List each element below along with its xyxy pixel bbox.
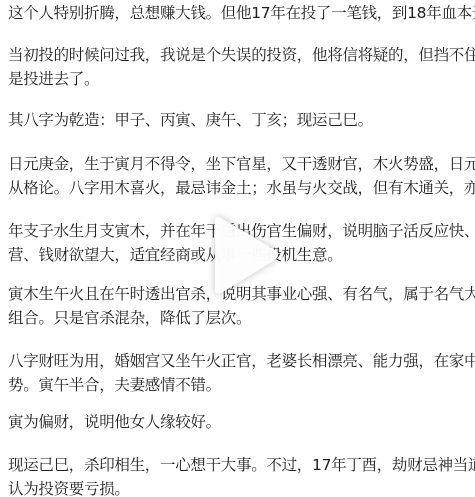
video-play-button[interactable] xyxy=(205,213,285,298)
text-line: 这个人特别折腾，总想赚大钱。但他17年在投了一笔钱，到18年血本无归。 xyxy=(8,1,468,25)
text-line: 八字财旺为用，婚姻宫又坐午火正官，老婆长相漂亮、能力强，在家中比较强 xyxy=(8,349,468,373)
text-line: 日元庚金，生于寅月不得令，坐下官星，又干透财官，木火势盛，日元无根，按 xyxy=(8,152,468,176)
text-line: 现运己巳，杀印相生，一心想干大事。不过，17年丁酉，劫财忌神当道，所以我 xyxy=(8,453,468,477)
text-line: 组合。只是官杀混杂，降低了层次。 xyxy=(8,306,468,330)
text-line: 当初投的时候问过我，我说是个失误的投资，他将信将疑的，但挡不住诱惑，还 xyxy=(8,43,468,67)
text-line: 势。寅午半合，夫妻感情不错。 xyxy=(8,373,468,397)
text-line: 其八字为乾造：甲子、丙寅、庚午、丁亥；现运己巳。 xyxy=(8,108,468,132)
paragraph-1: 这个人特别折腾，总想赚大钱。但他17年在投了一笔钱，到18年血本无归。 xyxy=(8,1,468,25)
paragraph-7: 八字财旺为用，婚姻宫又坐午火正官，老婆长相漂亮、能力强，在家中比较强 势。寅午半… xyxy=(8,349,468,397)
paragraph-2: 当初投的时候问过我，我说是个失误的投资，他将信将疑的，但挡不住诱惑，还 是投进去… xyxy=(8,43,468,91)
text-line: 从格论。八字用木喜火，最忌讳金土；水虽与火交战，但有木通关，亦利。 xyxy=(8,176,468,200)
paragraph-9: 现运己巳，杀印相生，一心想干大事。不过，17年丁酉，劫财忌神当道，所以我 认为投… xyxy=(8,453,468,497)
paragraph-8: 寅为偏财，说明他女人缘较好。 xyxy=(8,410,468,434)
text-line: 是投进去了。 xyxy=(8,67,468,91)
paragraph-3: 其八字为乾造：甲子、丙寅、庚午、丁亥；现运己巳。 xyxy=(8,108,468,132)
text-line: 寅为偏财，说明他女人缘较好。 xyxy=(8,410,468,434)
text-line: 认为投资要亏损。 xyxy=(8,477,468,497)
play-icon xyxy=(205,213,285,298)
paragraph-4: 日元庚金，生于寅月不得令，坐下官星，又干透财官，木火势盛，日元无根，按 从格论。… xyxy=(8,152,468,200)
